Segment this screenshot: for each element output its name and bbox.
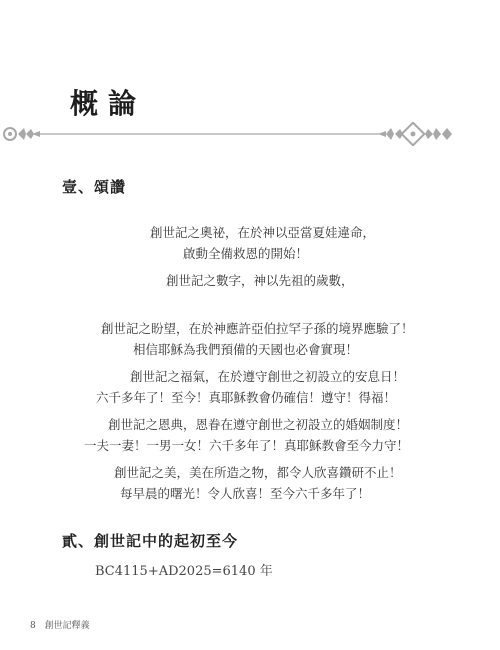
page-number: 8 <box>30 621 36 631</box>
stanza-line: 啟動全備救恩的開始！ <box>183 243 308 264</box>
stanza-line: 一夫一妻！一男一女！六千多年了！真耶穌教會至今力守！ <box>84 435 409 456</box>
stanza-line: 創世記之美，美在所造之物，都令人欣喜鑽研不止！ <box>114 462 402 483</box>
stanza-line: 相信耶穌為我們預備的天國也必會實現！ <box>133 339 358 360</box>
stanza-line: 創世記之盼望，在於神應許亞伯拉罕子孫的境界應驗了！ <box>101 318 414 339</box>
year-equation: BC4115+AD2025=6140 年 <box>95 560 273 579</box>
stanza-line: 六千多年了！至今！真耶穌教會仍確信！遵守！得福！ <box>96 387 396 408</box>
stanza-line: 創世記之數字，神以先祖的歲數， <box>166 270 354 291</box>
ornament-left-icon <box>4 128 40 140</box>
stanza-line: 創世記之恩典，恩眷在遵守創世之初設立的婚姻制度！ <box>108 414 408 435</box>
ornamental-divider <box>0 122 500 146</box>
section-heading-1: 壹、頌讚 <box>62 176 126 197</box>
running-title: 創世記釋義 <box>45 621 90 631</box>
section-heading-2: 貳、創世記中的起初至今 <box>62 530 238 551</box>
page-footer: 8 創世記釋義 <box>30 618 90 631</box>
stanza-line: 創世記之福氣，在於遵守創世之初設立的安息日！ <box>130 366 405 387</box>
page-title: 概論 <box>70 82 146 122</box>
stanza-line: 創世記之奧祕，在於神以亞當夏娃違命， <box>150 222 375 243</box>
ornament-right-icon <box>378 123 452 146</box>
stanza-line: 每早晨的曙光！令人欣喜！至今六千多年了！ <box>120 483 370 504</box>
